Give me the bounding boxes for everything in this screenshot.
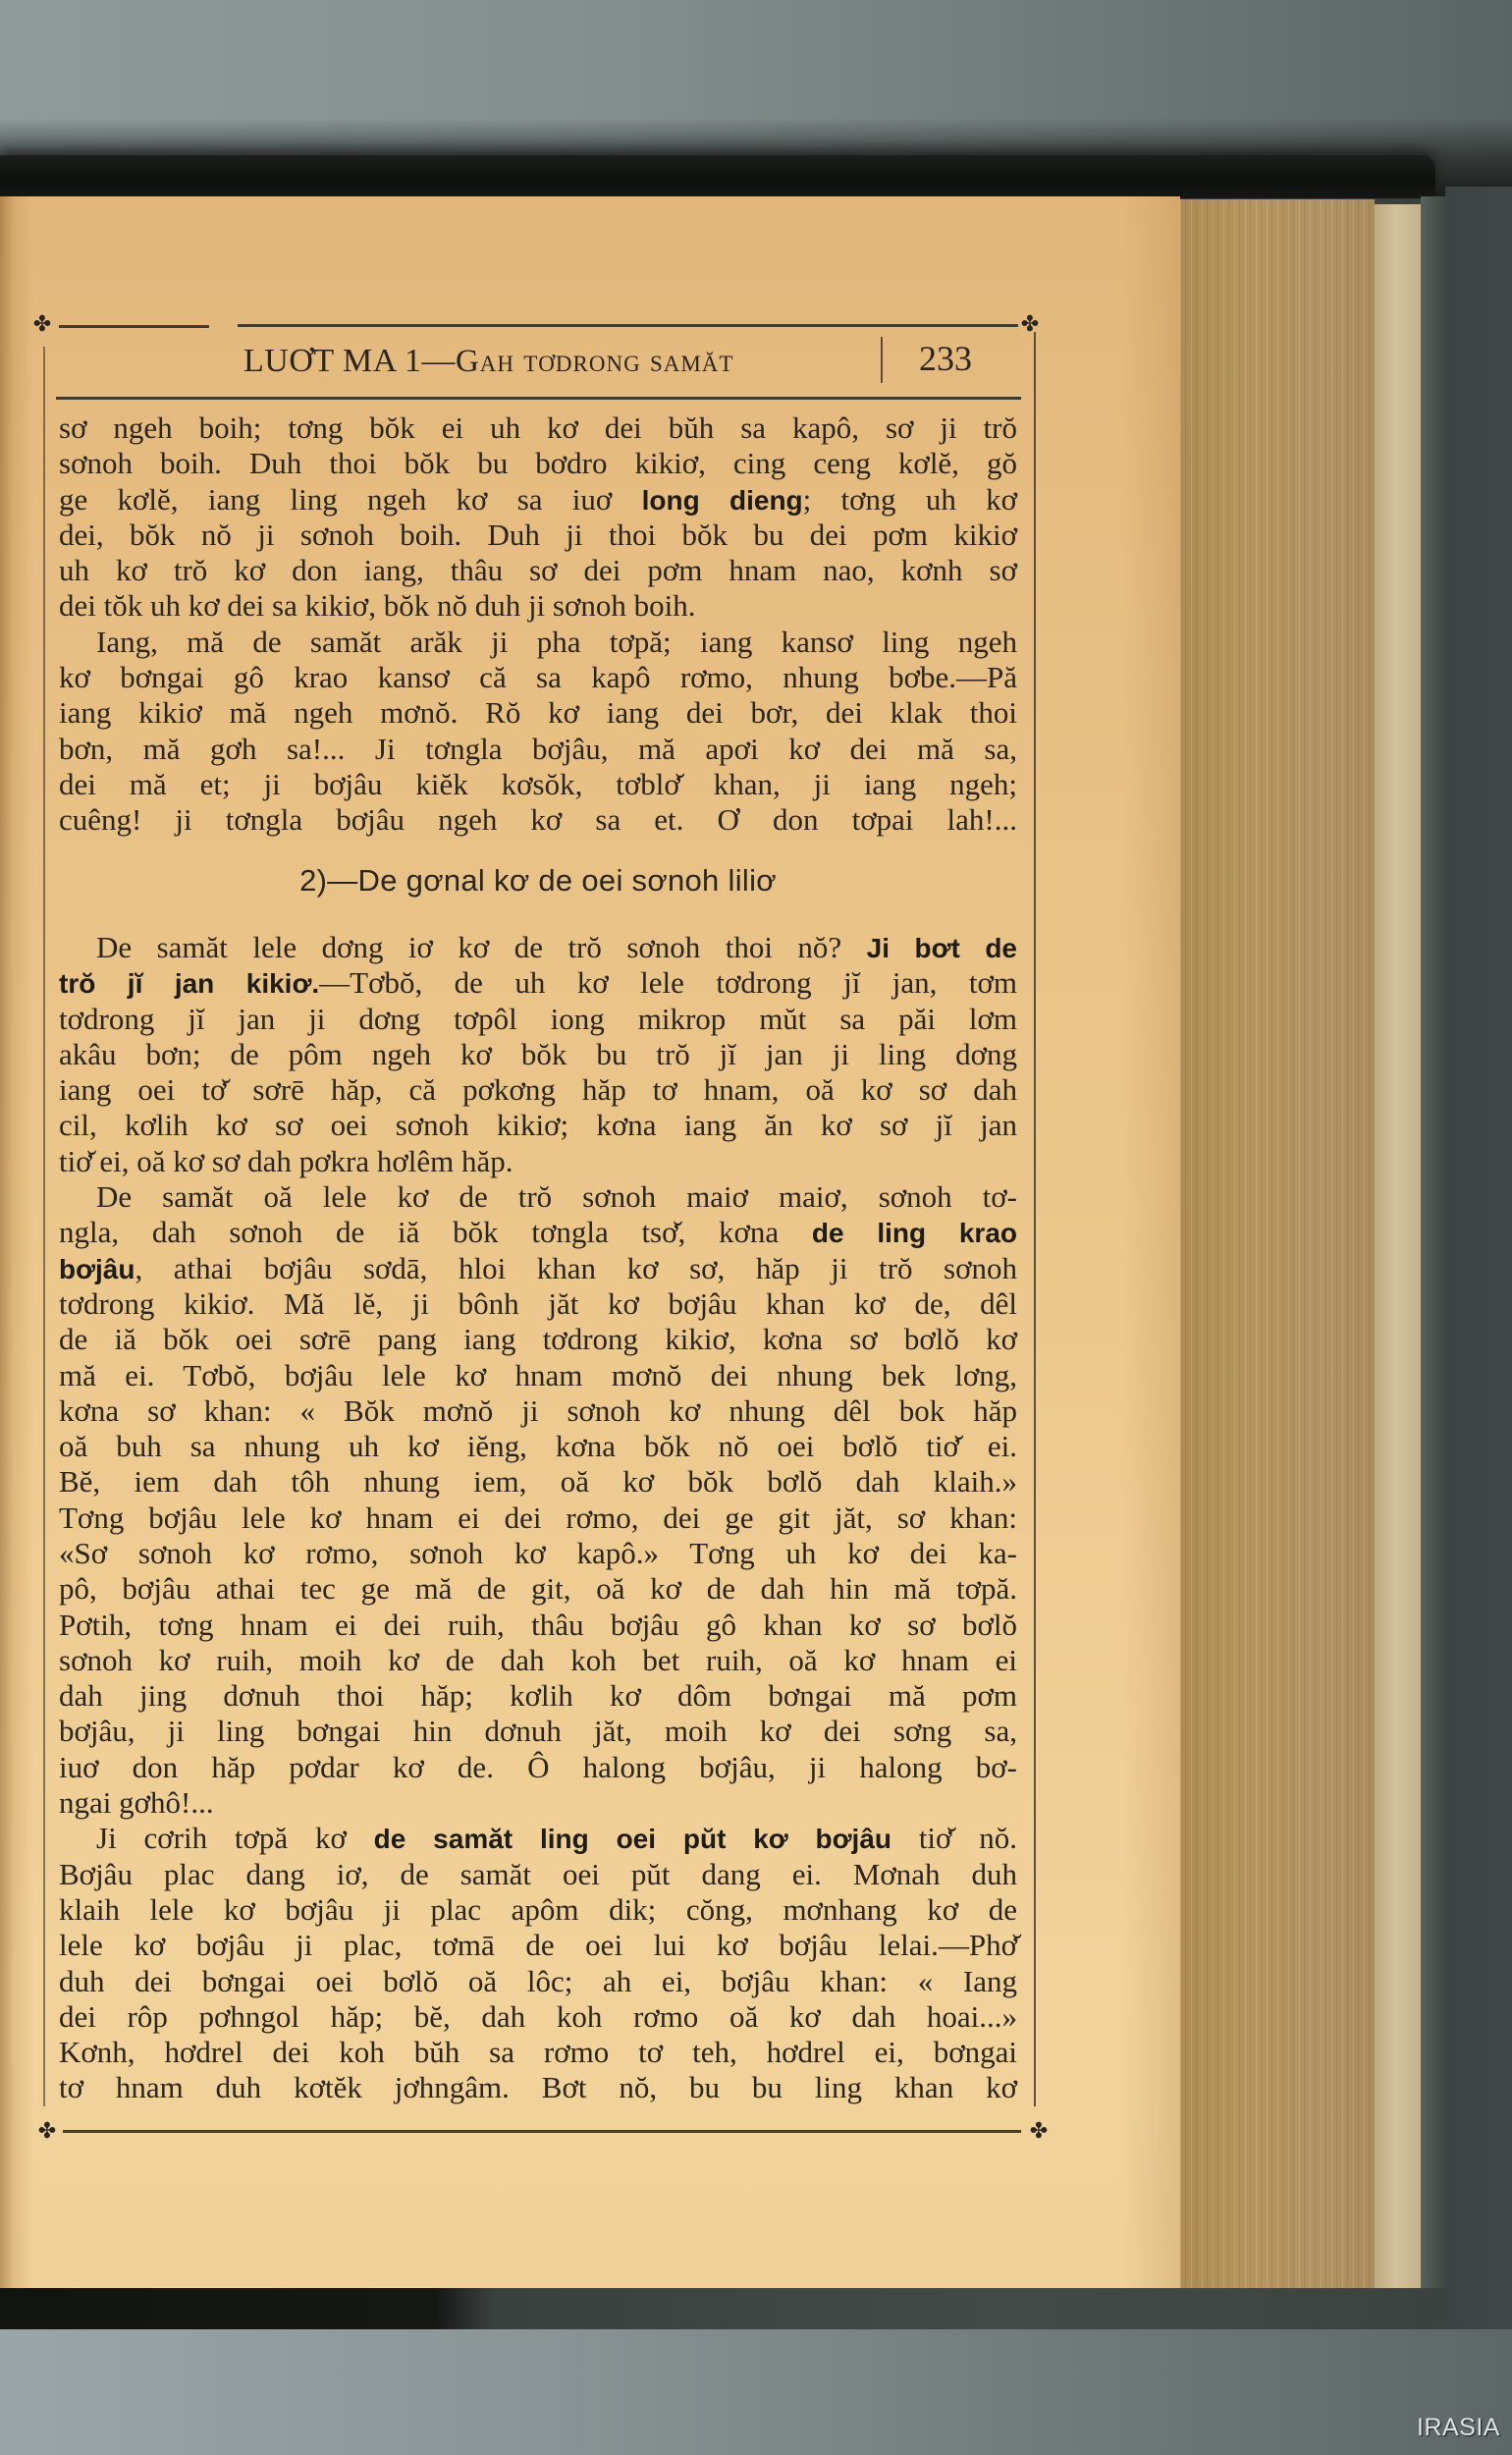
text-line: tơdrong kikiơ. Mă lĕ, ji bônh jăt kơ bơj… — [59, 1286, 1017, 1322]
text-line: dei mă et; ji bơjâu kiĕk kơsŏk, tơblơ̆ k… — [59, 767, 1017, 802]
text-line: oă buh sa nhung uh kơ iĕng, kơna bŏk nŏ … — [59, 1429, 1017, 1464]
text-run: sơnoh boih. Duh thoi bŏk bu bơdro kikiơ,… — [59, 446, 1017, 480]
text-run: bơn, mă gơh sa!... Ji tơngla bơjâu, mă a… — [59, 732, 1017, 766]
text-run: tơ hnam duh kơtĕk jơhngâm. Bơt nŏ, bu bu… — [59, 2070, 1017, 2104]
text-line: Iang, mă de samăt arăk ji pha tơpă; iang… — [59, 625, 1017, 660]
section-subheading: 2)—De gơnal kơ de oei sơnoh liliơ — [59, 863, 1017, 899]
text-block-section-1: sơ ngeh boih; tơng bŏk ei uh kơ dei bŭh … — [59, 410, 1017, 839]
text-run: pô, bơjâu athai tec ge mă de git, oă kơ … — [59, 1571, 1017, 1606]
ornament-icon: ✤ — [30, 314, 54, 336]
text-line: dah jing dơnuh thoi hăp; kơlih kơ dôm bơ… — [59, 1678, 1017, 1714]
text-run: , athai bơjâu sơdā, hloi khan kơ sơ, hăp… — [135, 1251, 1017, 1285]
bold-phrase: bơjâu — [59, 1254, 135, 1284]
running-header: LUƠT MA 1—Gah tơdrong samăt — [243, 342, 733, 381]
bold-phrase: de samăt ling oei pŭt kơ bơjâu — [374, 1824, 891, 1854]
left-frame-rule — [43, 347, 45, 2106]
text-run: dah jing dơnuh thoi hăp; kơlih kơ dôm bơ… — [59, 1678, 1017, 1713]
text-run: kơ bơngai gô krao kansơ că sa kapô rơmo,… — [59, 660, 1017, 694]
text-run: oă buh sa nhung uh kơ iĕng, kơna bŏk nŏ … — [59, 1429, 1017, 1463]
text-run: —Tơbŏ, de uh kơ lele tơdrong jĭ jan, tơm — [319, 965, 1017, 1000]
text-run: duh dei bơngai oei bơlŏ oă lôc; ah ei, b… — [59, 1964, 1017, 1998]
text-run: tiơ̆ ei, oă kơ sơ dah pơkra hơlêm hăp. — [59, 1144, 513, 1178]
ornament-icon: ✤ — [35, 2121, 59, 2143]
text-run: «Sơ sơnoh kơ rơmo, sơnoh kơ kapô.» Tơng … — [59, 1536, 1017, 1570]
text-line: tơ hnam duh kơtĕk jơhngâm. Bơt nŏ, bu bu… — [59, 2070, 1017, 2105]
text-run: sơ ngeh boih; tơng bŏk ei uh kơ dei bŭh … — [59, 410, 1017, 445]
body-text: sơ ngeh boih; tơng bŏk ei uh kơ dei bŭh … — [59, 410, 1017, 2106]
text-run: Bĕ, iem dah tôh nhung iem, oă kơ bŏk bơl… — [59, 1464, 1017, 1499]
header-divider — [881, 337, 883, 383]
book-cover-inner-edge — [1375, 204, 1421, 2288]
text-line: tơdrong jĭ jan ji dơng tơpôl iong mikrop… — [59, 1002, 1017, 1037]
text-run: lele kơ bơjâu ji plac, tơmā de oei lui k… — [59, 1928, 1017, 1962]
text-line: sơ ngeh boih; tơng bŏk ei uh kơ dei bŭh … — [59, 410, 1017, 446]
text-line: trŏ jĭ jan kikiơ.—Tơbŏ, de uh kơ lele tơ… — [59, 965, 1017, 1001]
text-run: Ji cơrih tơpă kơ — [96, 1821, 374, 1855]
text-line: iang kikiơ mă ngeh mơnŏ. Rŏ kơ iang dei … — [59, 695, 1017, 731]
text-line: Pơtih, tơng hnam ei dei ruih, thâu bơjâu… — [59, 1608, 1017, 1643]
ornament-icon: ✤ — [1018, 314, 1042, 336]
text-line: sơnoh boih. Duh thoi bŏk bu bơdro kikiơ,… — [59, 446, 1017, 481]
text-run: Bơjâu plac dang iơ, de samăt oei pŭt dan… — [59, 1857, 1017, 1891]
text-line: mă ei. Tơbŏ, bơjâu lele kơ hnam mơnŏ dei… — [59, 1358, 1017, 1393]
text-line: de iă bŏk oei sơrē pang iang tơdrong kik… — [59, 1322, 1017, 1357]
text-line: klaih lele kơ bơjâu ji plac apôm dik; cŏ… — [59, 1892, 1017, 1928]
text-run: Pơtih, tơng hnam ei dei ruih, thâu bơjâu… — [59, 1608, 1017, 1642]
text-run: De samăt lele dơng iơ kơ de trŏ sơnoh th… — [96, 930, 867, 964]
text-line: dei rôp pơhngol hăp; bĕ, dah koh rơmo oă… — [59, 1999, 1017, 2035]
text-block-section-2: De samăt lele dơng iơ kơ de trŏ sơnoh th… — [59, 930, 1017, 2106]
text-line: dei tŏk uh kơ dei sa kikiơ, bŏk nŏ duh j… — [59, 588, 1017, 624]
bold-phrase: trŏ jĭ jan kikiơ. — [59, 968, 319, 999]
text-run: uh kơ trŏ kơ don iang, thâu sơ dei pơm h… — [59, 553, 1017, 587]
chapter-title: LUƠT MA 1— — [243, 343, 456, 379]
text-run: kơna sơ khan: « Bŏk mơnŏ ji sơnoh kơ nhu… — [59, 1393, 1017, 1428]
bold-phrase: long dieng — [642, 485, 803, 516]
text-line: lele kơ bơjâu ji plac, tơmā de oei lui k… — [59, 1928, 1017, 1963]
text-line: ngla, dah sơnoh de iă bŏk tơngla tsơ̆, k… — [59, 1215, 1017, 1250]
right-frame-rule — [1034, 332, 1036, 2106]
book-cover-bottom-edge — [0, 2288, 1449, 2329]
text-line: Tơng bơjâu lele kơ hnam ei dei rơmo, dei… — [59, 1500, 1017, 1536]
text-line: duh dei bơngai oei bơlŏ oă lôc; ah ei, b… — [59, 1964, 1017, 1999]
text-line: De samăt oă lele kơ de trŏ sơnoh maiơ ma… — [59, 1179, 1017, 1215]
text-run: ngla, dah sơnoh de iă bŏk tơngla tsơ̆, k… — [59, 1215, 812, 1249]
text-line: «Sơ sơnoh kơ rơmo, sơnoh kơ kapô.» Tơng … — [59, 1536, 1017, 1571]
text-run: mă ei. Tơbŏ, bơjâu lele kơ hnam mơnŏ dei… — [59, 1358, 1017, 1392]
text-line: kơ bơngai gô krao kansơ că sa kapô rơmo,… — [59, 660, 1017, 695]
text-run: Kơnh, hơdrel dei koh bŭh sa rơmo tơ teh,… — [59, 2035, 1017, 2069]
text-line: De samăt lele dơng iơ kơ de trŏ sơnoh th… — [59, 930, 1017, 965]
text-run: tơdrong kikiơ. Mă lĕ, ji bônh jăt kơ bơj… — [59, 1286, 1017, 1321]
text-line: Kơnh, hơdrel dei koh bŭh sa rơmo tơ teh,… — [59, 2035, 1017, 2070]
text-line: Bơjâu plac dang iơ, de samăt oei pŭt dan… — [59, 1857, 1017, 1892]
bold-phrase: de ling krao — [812, 1218, 1017, 1248]
bottom-rule — [63, 2130, 1021, 2133]
top-rule-left — [59, 325, 209, 328]
text-run: iang oei tơ̆ sơrē hăp, că pơkơng hăp tơ … — [59, 1072, 1017, 1107]
text-run: ge kơlĕ, iang ling ngeh kơ sa iuơ — [59, 482, 642, 517]
text-line: cuêng! ji tơngla bơjâu ngeh kơ sa et. Ơ … — [59, 802, 1017, 838]
text-line: ge kơlĕ, iang ling ngeh kơ sa iuơ long d… — [59, 482, 1017, 518]
text-line: ngai gơhô!... — [59, 1785, 1017, 1821]
text-line: pô, bơjâu athai tec ge mă de git, oă kơ … — [59, 1571, 1017, 1607]
text-run: dei mă et; ji bơjâu kiĕk kơsŏk, tơblơ̆ k… — [59, 767, 1017, 801]
text-line: sơnoh kơ ruih, moih kơ de dah koh bet ru… — [59, 1643, 1017, 1678]
text-run: dei tŏk uh kơ dei sa kikiơ, bŏk nŏ duh j… — [59, 588, 696, 623]
text-run: dei, bŏk nŏ ji sơnoh boih. Duh ji thoi b… — [59, 518, 1017, 552]
text-run: klaih lele kơ bơjâu ji plac apôm dik; cŏ… — [59, 1892, 1017, 1927]
page-number: 233 — [919, 339, 972, 378]
text-run: cuêng! ji tơngla bơjâu ngeh kơ sa et. Ơ … — [59, 802, 1017, 837]
text-line: iuơ don hăp pơdar kơ de. Ô halong bơjâu,… — [59, 1750, 1017, 1785]
text-line: bơn, mă gơh sa!... Ji tơngla bơjâu, mă a… — [59, 732, 1017, 767]
text-run: tơdrong jĭ jan ji dơng tơpôl iong mikrop… — [59, 1002, 1017, 1036]
text-line: bơjâu, athai bơjâu sơdā, hloi khan kơ sơ… — [59, 1251, 1017, 1286]
section-title: Gah tơdrong samăt — [456, 344, 734, 379]
text-run: sơnoh kơ ruih, moih kơ de dah koh bet ru… — [59, 1643, 1017, 1677]
text-run: cil, kơlih kơ sơ oei sơnoh kikiơ; kơna i… — [59, 1108, 1017, 1142]
text-line: Bĕ, iem dah tôh nhung iem, oă kơ bŏk bơl… — [59, 1464, 1017, 1500]
text-run: ; tơng uh kơ — [803, 482, 1017, 517]
scanner-background-right — [1445, 187, 1512, 2332]
scanner-background-bottom — [0, 2329, 1512, 2455]
text-line: akâu bơn; de pôm ngeh kơ bŏk bu trŏ jĭ j… — [59, 1037, 1017, 1072]
top-rule-right — [238, 324, 1018, 327]
text-run: dei rôp pơhngol hăp; bĕ, dah koh rơmo oă… — [59, 1999, 1017, 2034]
text-run: iang kikiơ mă ngeh mơnŏ. Rŏ kơ iang dei … — [59, 695, 1017, 730]
book-cover-top-edge — [0, 155, 1435, 198]
text-run: De samăt oă lele kơ de trŏ sơnoh maiơ ma… — [96, 1179, 1017, 1214]
watermark: IRASIA — [1417, 2414, 1500, 2442]
text-line: tiơ̆ ei, oă kơ sơ dah pơkra hơlêm hăp. — [59, 1144, 1017, 1179]
ornament-icon: ✤ — [1027, 2121, 1051, 2143]
text-run: Tơng bơjâu lele kơ hnam ei dei rơmo, dei… — [59, 1500, 1017, 1535]
header-bottom-rule — [56, 397, 1021, 400]
page-fore-edge-stack — [1180, 199, 1375, 2288]
book-cover-outer-edge — [1421, 196, 1446, 2329]
text-line: dei, bŏk nŏ ji sơnoh boih. Duh ji thoi b… — [59, 518, 1017, 553]
text-run: ngai gơhô!... — [59, 1785, 214, 1820]
text-run: bơjâu, ji ling bơngai hin dơnuh jăt, moi… — [59, 1714, 1017, 1748]
text-line: iang oei tơ̆ sơrē hăp, că pơkơng hăp tơ … — [59, 1072, 1017, 1108]
text-line: uh kơ trŏ kơ don iang, thâu sơ dei pơm h… — [59, 553, 1017, 588]
text-run: iuơ don hăp pơdar kơ de. Ô halong bơjâu,… — [59, 1750, 1017, 1784]
text-run: de iă bŏk oei sơrē pang iang tơdrong kik… — [59, 1322, 1017, 1356]
text-line: kơna sơ khan: « Bŏk mơnŏ ji sơnoh kơ nhu… — [59, 1393, 1017, 1429]
text-run: akâu bơn; de pôm ngeh kơ bŏk bu trŏ jĭ j… — [59, 1037, 1017, 1071]
text-run: tiơ̆ nŏ. — [891, 1821, 1017, 1855]
text-line: cil, kơlih kơ sơ oei sơnoh kikiơ; kơna i… — [59, 1108, 1017, 1143]
text-line: Ji cơrih tơpă kơ de samăt ling oei pŭt k… — [59, 1821, 1017, 1856]
text-run: Iang, mă de samăt arăk ji pha tơpă; iang… — [96, 625, 1017, 659]
bold-phrase: Ji bơt de — [867, 933, 1017, 963]
text-line: bơjâu, ji ling bơngai hin dơnuh jăt, moi… — [59, 1714, 1017, 1749]
